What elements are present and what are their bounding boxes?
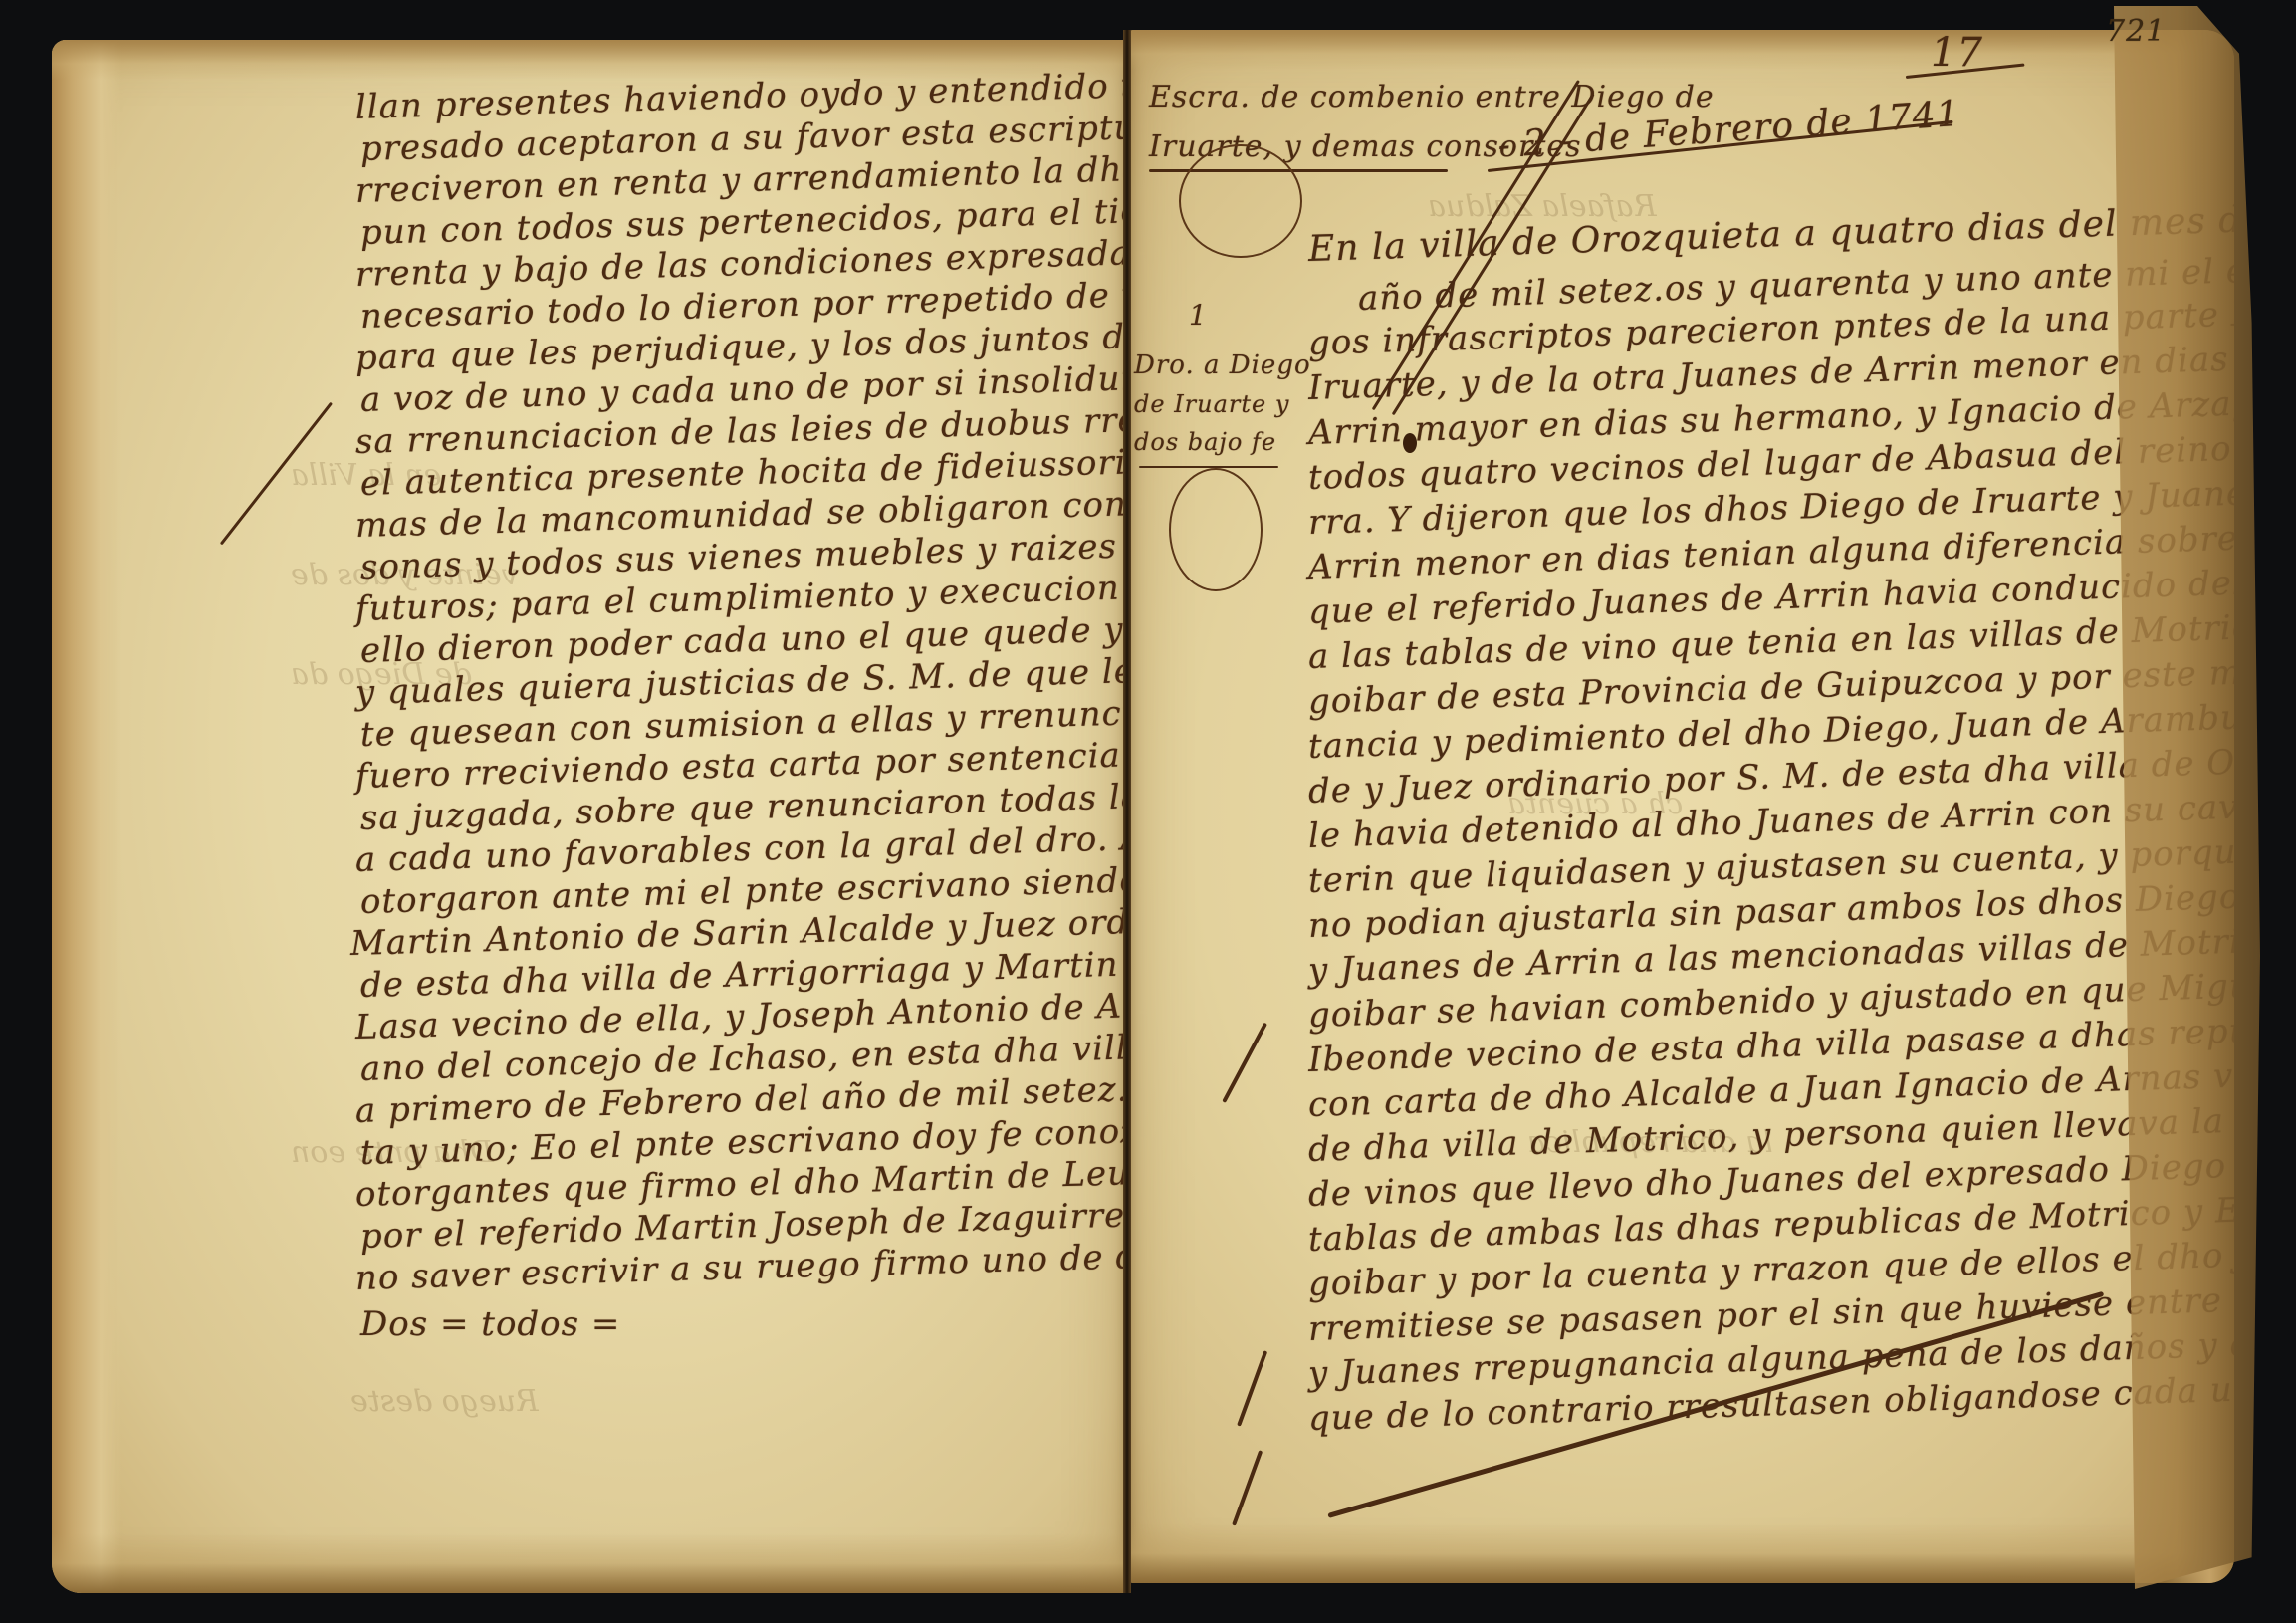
margin-note-number: 1 [1189,299,1208,332]
book-gutter [1123,30,1131,1593]
left-page: en la Villa veinte y dos de de Diego da … [52,40,1127,1593]
right-page: Rafaela Zaldua ch a cuenta la dha republ… [1129,30,2234,1583]
right-page-bottom-stain [1129,1523,2234,1583]
left-closing-line: Dos = todos = [360,1304,620,1344]
line-start-flourish [1237,1350,1267,1427]
corner-stamp-number: 721 [2106,14,2166,49]
margin-note-line: dos bajo fe [1134,428,1276,456]
margin-note-line: Dro. a Diego [1134,350,1311,380]
margin-note-loop [1169,468,1263,591]
bleed-through-text: Ruego deste [350,1384,539,1419]
line-start-flourish [1222,1023,1267,1103]
left-page-bottom-stain [52,1533,1127,1593]
left-page-edge-wear [52,40,121,1593]
header-flourish-loop [1179,144,1302,258]
right-page-top-stain [1129,30,2234,70]
header-title-line1: Escra. de combenio entre Diego de [1149,80,1715,115]
margin-note-line: de Iruarte y [1134,390,1289,418]
manuscript-spread: en la Villa veinte y dos de de Diego da … [0,0,2296,1623]
line-start-flourish [1232,1450,1263,1526]
